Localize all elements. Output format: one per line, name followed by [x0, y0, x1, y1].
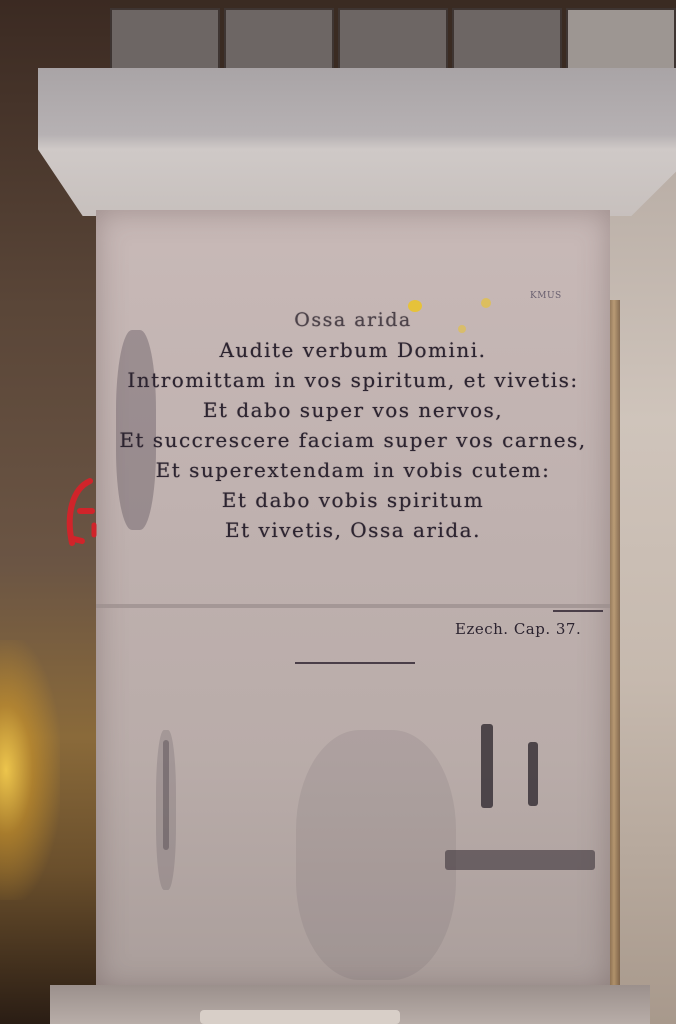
stone-lintel: [38, 68, 676, 216]
stain: [296, 730, 456, 980]
dark-graffiti-stroke: [445, 850, 595, 870]
red-graffiti-mark: [60, 475, 100, 555]
inscription-text: Ossa arida Audite verbum Domini. Intromi…: [96, 305, 610, 545]
dark-graffiti-stroke: [481, 724, 493, 808]
inscription-line: Et vivetis, Ossa arida.: [96, 515, 610, 545]
inscription-line: Ossa arida: [96, 305, 610, 335]
scripture-citation: Ezech. Cap. 37.: [455, 620, 581, 638]
dark-graffiti-stroke: [528, 742, 538, 806]
photo-scene: KMUS Ossa arida Audite verbum Domini. In…: [0, 0, 676, 1024]
inscription-line: Audite verbum Domini.: [96, 335, 610, 365]
scratched-mark: KMUS: [530, 291, 562, 301]
tablet-joint: [96, 604, 610, 608]
engraved-rule: [295, 662, 415, 664]
dark-graffiti-stroke: [163, 740, 169, 850]
engraved-rule: [553, 610, 603, 612]
warm-light-glow: [0, 640, 60, 900]
broken-stone-fragment: [200, 1010, 400, 1024]
inscription-line: Et superextendam in vobis cutem:: [96, 455, 610, 485]
inscription-line: Intromittam in vos spiritum, et vivetis:: [96, 365, 610, 395]
inscription-line: Et dabo super vos nervos,: [96, 395, 610, 425]
inscription-line: Et dabo vobis spiritum: [96, 485, 610, 515]
inscription-line: Et succrescere faciam super vos carnes,: [96, 425, 610, 455]
